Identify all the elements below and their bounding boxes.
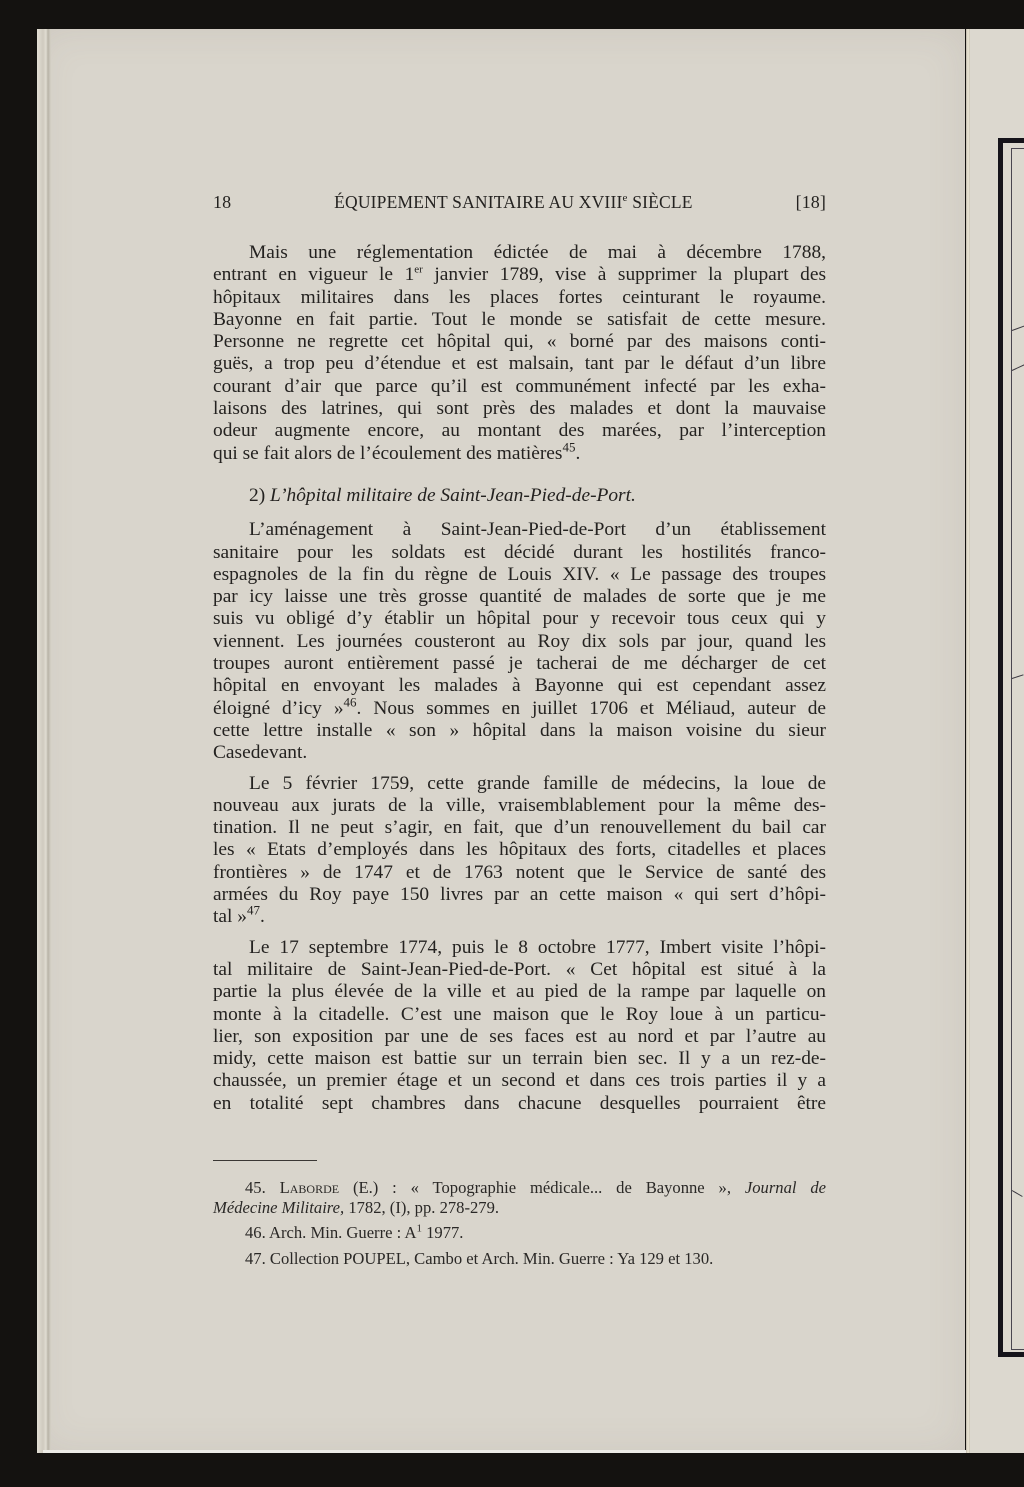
text-line: tal militaire de Saint-Jean-Pied-de-Port…	[213, 959, 826, 981]
footnote-line: Médecine Militaire, 1782, (I), pp. 278-2…	[213, 1198, 499, 1217]
paragraph-3: Le 5 février 1759, cette grande famille …	[213, 773, 826, 929]
text-line: hôpitaux militaires dans les places fort…	[213, 287, 826, 309]
text-line: Bayonne en fait partie. Tout le monde se…	[213, 309, 826, 331]
footnote-ref-46[interactable]: 46	[344, 694, 357, 709]
text-line: odeur augmente encore, au montant des ma…	[213, 420, 826, 442]
text-line: nouveau aux jurats de la ville, vraisemb…	[213, 795, 826, 817]
text-line: viennent. Les journées cousteront au Roy…	[213, 631, 826, 653]
footnote-number: 46.	[245, 1223, 266, 1242]
text-span: janvier 1789, vise à supprimer la plupar…	[423, 264, 826, 285]
running-title: ÉQUIPEMENT SANITAIRE AU XVIIIe SIÈCLE	[334, 192, 693, 213]
text-line: midy, cette maison est battie sur un ter…	[213, 1048, 826, 1070]
page-content: 18 ÉQUIPEMENT SANITAIRE AU XVIIIe SIÈCLE…	[213, 192, 826, 1115]
text-line: L’aménagement à Saint-Jean-Pied-de-Port …	[213, 519, 826, 541]
text-line: chaussée, un premier étage et un second …	[213, 1070, 826, 1092]
text-line: espagnoles de la fin du règne de Louis X…	[213, 564, 826, 586]
footnote-text: 1782, (I), pp. 278-279.	[344, 1198, 499, 1217]
text-line: Le 5 février 1759, cette grande famille …	[213, 773, 826, 795]
body-text: Mais une réglementation édictée de mai à…	[213, 242, 826, 1115]
text-line: tal »47.	[213, 906, 826, 928]
footnote-author: Laborde	[280, 1178, 339, 1197]
superscript: er	[414, 264, 423, 276]
footnote-separator	[213, 1160, 317, 1161]
page-number: 18	[213, 192, 231, 213]
page-bottom-edge	[43, 1450, 967, 1453]
text-line: armées du Roy paye 150 livres par an cet…	[213, 884, 826, 906]
bracket-page-number: [18]	[796, 192, 826, 213]
footnote-number: 45.	[245, 1178, 266, 1197]
footnote-journal: Journal de	[745, 1178, 826, 1197]
footnote-number: 47.	[245, 1249, 266, 1268]
paragraph-4: Le 17 septembre 1774, puis le 8 octobre …	[213, 937, 826, 1115]
footnote-text: (E.) : « Topographie médicale... de Bayo…	[339, 1178, 731, 1197]
text-span: éloigné d’icy »	[213, 698, 344, 719]
text-line: éloigné d’icy »46. Nous sommes en juille…	[213, 698, 826, 720]
footnote-46: 46. Arch. Min. Guerre : A1 1977.	[213, 1223, 826, 1243]
text-line: troupes auront entièrement passé je tach…	[213, 653, 826, 675]
text-line: Le 17 septembre 1774, puis le 8 octobre …	[213, 937, 826, 959]
text-line: cette lettre installe « son » hôpital da…	[213, 720, 826, 742]
text-line: par icy laisse une très grosse quantité …	[213, 586, 826, 608]
text-line: les « Etats d’employés dans les hôpitaux…	[213, 839, 826, 861]
footnote-text: Collection POUPEL, Cambo et Arch. Min. G…	[270, 1249, 713, 1268]
section-number: 2)	[249, 485, 265, 506]
text-span: tal »	[213, 906, 247, 927]
footnote-text: Arch. Min. Guerre : A	[269, 1223, 416, 1242]
text-line: entrant en vigueur le 1er janvier 1789, …	[213, 264, 826, 286]
text-span: .	[575, 443, 580, 464]
text-span: entrant en vigueur le 1	[213, 264, 414, 285]
text-line: Mais une réglementation édictée de mai à…	[213, 242, 826, 264]
text-line: monte à la citadelle. C’est une maison q…	[213, 1004, 826, 1026]
text-span: .	[260, 906, 265, 927]
footnote-ref-45[interactable]: 45	[562, 439, 575, 454]
section-heading: 2) L’hôpital militaire de Saint-Jean-Pie…	[213, 485, 826, 507]
footnote-line: 45. Laborde (E.) : « Topographie médical…	[213, 1178, 826, 1198]
text-line: frontières » de 1747 et de 1763 notent q…	[213, 862, 826, 884]
text-span: qui se fait alors de l’écoulement des ma…	[213, 443, 562, 464]
text-span: . Nous sommes en juillet 1706 et Méliaud…	[357, 698, 826, 719]
page-stack-edge	[37, 29, 51, 1453]
text-line: Personne ne regrette cet hôpital qui, « …	[213, 331, 826, 353]
text-line: Casedevant.	[213, 742, 826, 764]
footnotes: 45. Laborde (E.) : « Topographie médical…	[213, 1178, 826, 1274]
text-line: partie la plus élevée de la ville et au …	[213, 981, 826, 1003]
text-line: suis vu obligé d’y établir un hôpital po…	[213, 608, 826, 630]
paragraph-1: Mais une réglementation édictée de mai à…	[213, 242, 826, 465]
footnote-text: 1977.	[422, 1223, 463, 1242]
footnote-45: 45. Laborde (E.) : « Topographie médical…	[213, 1178, 826, 1217]
section-title: L’hôpital militaire de Saint-Jean-Pied-d…	[270, 485, 636, 506]
text-line: laisons des latrines, qui sont près des …	[213, 398, 826, 420]
paragraph-2: L’aménagement à Saint-Jean-Pied-de-Port …	[213, 519, 826, 764]
running-head: 18 ÉQUIPEMENT SANITAIRE AU XVIIIe SIÈCLE…	[213, 192, 826, 220]
running-title-text: ÉQUIPEMENT SANITAIRE AU XVIII	[334, 192, 622, 212]
text-line: tination. Il ne peut s’agir, en fait, qu…	[213, 817, 826, 839]
text-line: guës, a trop peu d’étendue et est malsai…	[213, 353, 826, 375]
text-line: qui se fait alors de l’écoulement des ma…	[213, 443, 826, 465]
text-line: sanitaire pour les soldats est décidé du…	[213, 542, 826, 564]
text-line: courant d’air que parce qu’il est commun…	[213, 376, 826, 398]
running-title-end: SIÈCLE	[628, 192, 693, 212]
text-line: lier, son exposition par une de ses face…	[213, 1026, 826, 1048]
text-line: en totalité sept chambres dans chacune d…	[213, 1093, 826, 1115]
text-line: hôpital en envoyant les malades à Bayonn…	[213, 675, 826, 697]
footnote-journal: Médecine Militaire,	[213, 1198, 344, 1217]
footnote-47: 47. Collection POUPEL, Cambo et Arch. Mi…	[213, 1249, 826, 1269]
footnote-ref-47[interactable]: 47	[247, 903, 260, 918]
